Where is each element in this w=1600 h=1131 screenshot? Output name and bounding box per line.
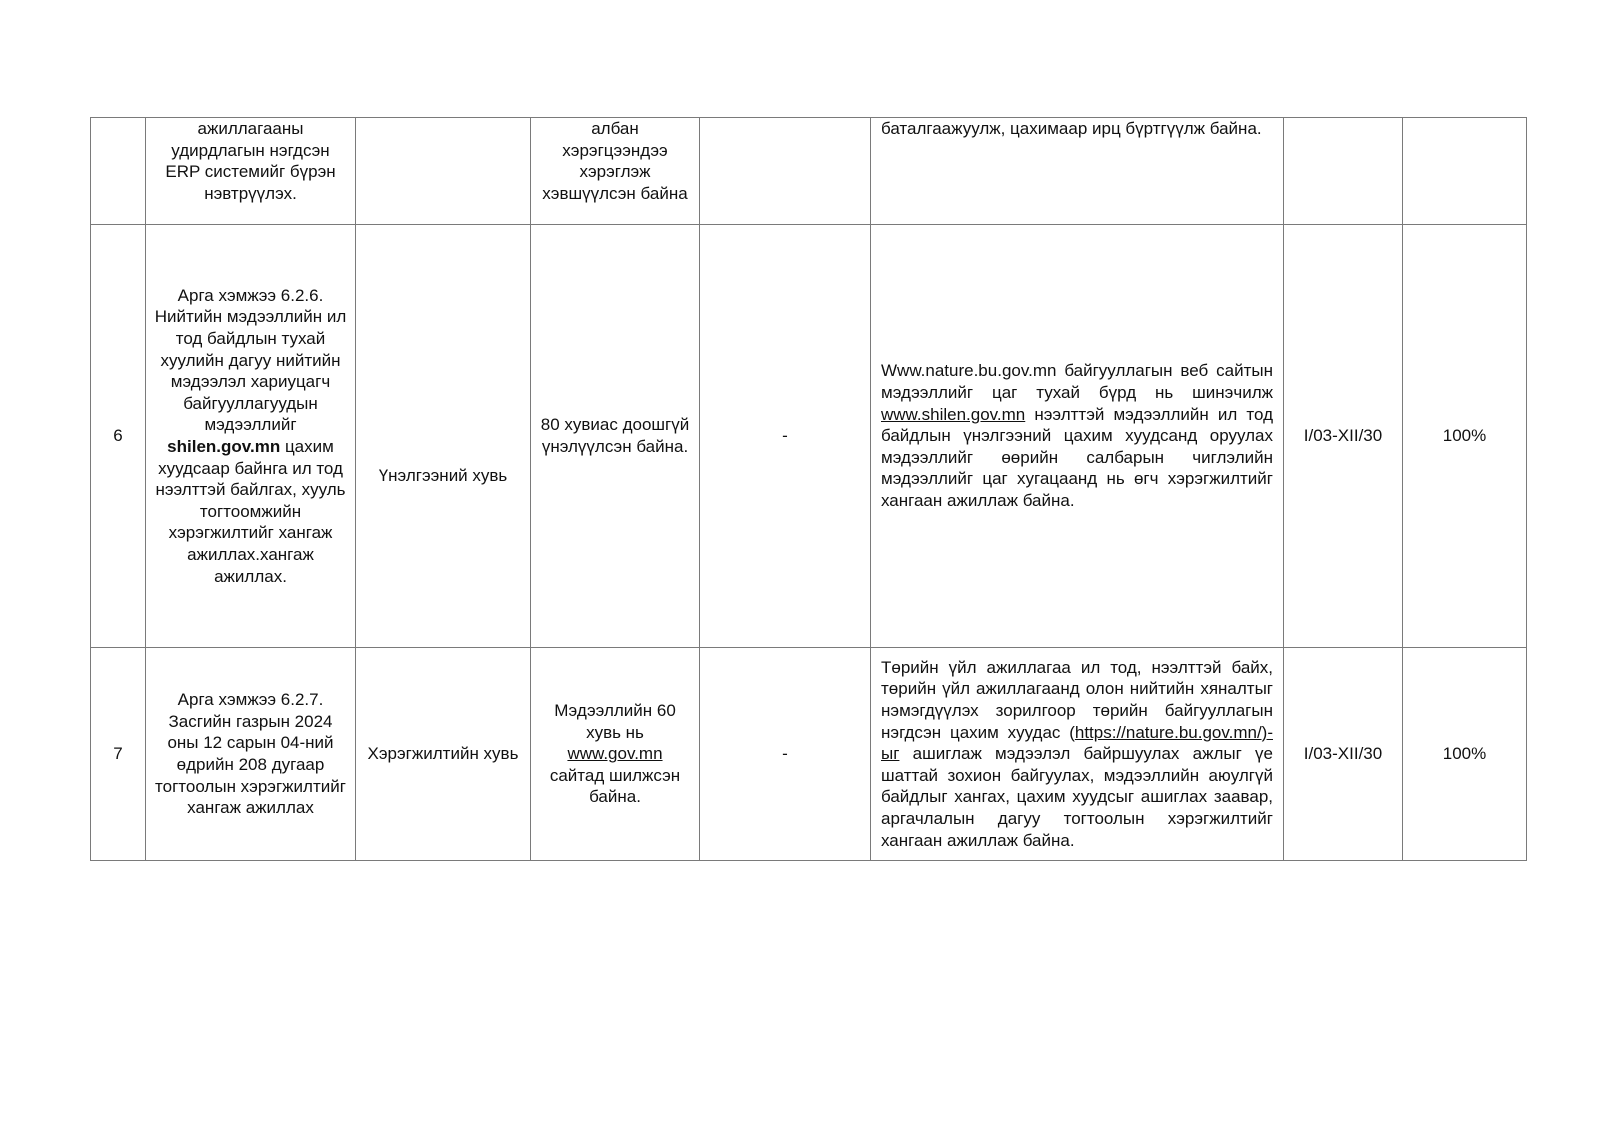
action-cell: Арга хэмжээ 6.2.7. Засгийн газрын 2024 о… — [146, 648, 356, 861]
action-plan-table: ажиллагааны удирдлагын нэгдсэн ERP систе… — [90, 117, 1527, 861]
table-row: 7 Арга хэмжээ 6.2.7. Засгийн газрын 2024… — [91, 648, 1527, 861]
row-number: 6 — [91, 225, 146, 648]
row-number — [91, 118, 146, 225]
percent-cell: 100% — [1403, 225, 1527, 648]
target-cell: албан хэрэгцээндээ хэрэглэж хэвшүүлсэн б… — [531, 118, 700, 225]
action-cell: Арга хэмжээ 6.2.6. Нийтийн мэдээллийн ил… — [146, 225, 356, 648]
percent-cell: 100% — [1403, 648, 1527, 861]
action-cell: ажиллагааны удирдлагын нэгдсэн ERP систе… — [146, 118, 356, 225]
progress-cell: Төрийн үйл ажиллагаа ил тод, нээлттэй ба… — [871, 648, 1284, 861]
progress-cell: баталгаажуулж, цахимаар ирц бүртгүүлж ба… — [871, 118, 1284, 225]
action-text: Арга хэмжээ 6.2.6. Нийтийн мэдээллийн ил… — [155, 286, 347, 435]
target-cell: Мэдээллийн 60 хувь нь www.gov.mn сайтад … — [531, 648, 700, 861]
table-row: ажиллагааны удирдлагын нэгдсэн ERP систе… — [91, 118, 1527, 225]
gov-link[interactable]: www.gov.mn — [567, 744, 662, 763]
target-text: Мэдээллийн 60 хувь нь — [554, 701, 676, 742]
progress-cell: Www.nature.bu.gov.mn байгууллагын веб са… — [871, 225, 1284, 648]
progress-text-cont: ашиглаж мэдээлэл байршуулах ажлыг үе шат… — [881, 744, 1273, 849]
shilen-link-bold: shilen.gov.mn — [167, 437, 280, 456]
indicator-cell — [356, 118, 531, 225]
baseline-cell: - — [700, 225, 871, 648]
percent-cell — [1403, 118, 1527, 225]
period-cell — [1284, 118, 1403, 225]
action-text-cont: цахим хуудсаар байнга ил тод нээлттэй ба… — [155, 437, 345, 586]
indicator-cell: Хэрэгжилтийн хувь — [356, 648, 531, 861]
period-cell: I/03-XII/30 — [1284, 225, 1403, 648]
target-text-cont: сайтад шилжсэн байна. — [550, 766, 680, 807]
progress-text: Www.nature.bu.gov.mn байгууллагын веб са… — [881, 361, 1273, 402]
row-number: 7 — [91, 648, 146, 861]
shilen-link[interactable]: www.shilen.gov.mn — [881, 405, 1025, 424]
baseline-cell — [700, 118, 871, 225]
period-cell: I/03-XII/30 — [1284, 648, 1403, 861]
target-cell: 80 хувиас доошгүй үнэлүүлсэн байна. — [531, 225, 700, 648]
table-row: 6 Арга хэмжээ 6.2.6. Нийтийн мэдээллийн … — [91, 225, 1527, 648]
indicator-cell: Үнэлгээний хувь — [356, 225, 531, 648]
baseline-cell: - — [700, 648, 871, 861]
